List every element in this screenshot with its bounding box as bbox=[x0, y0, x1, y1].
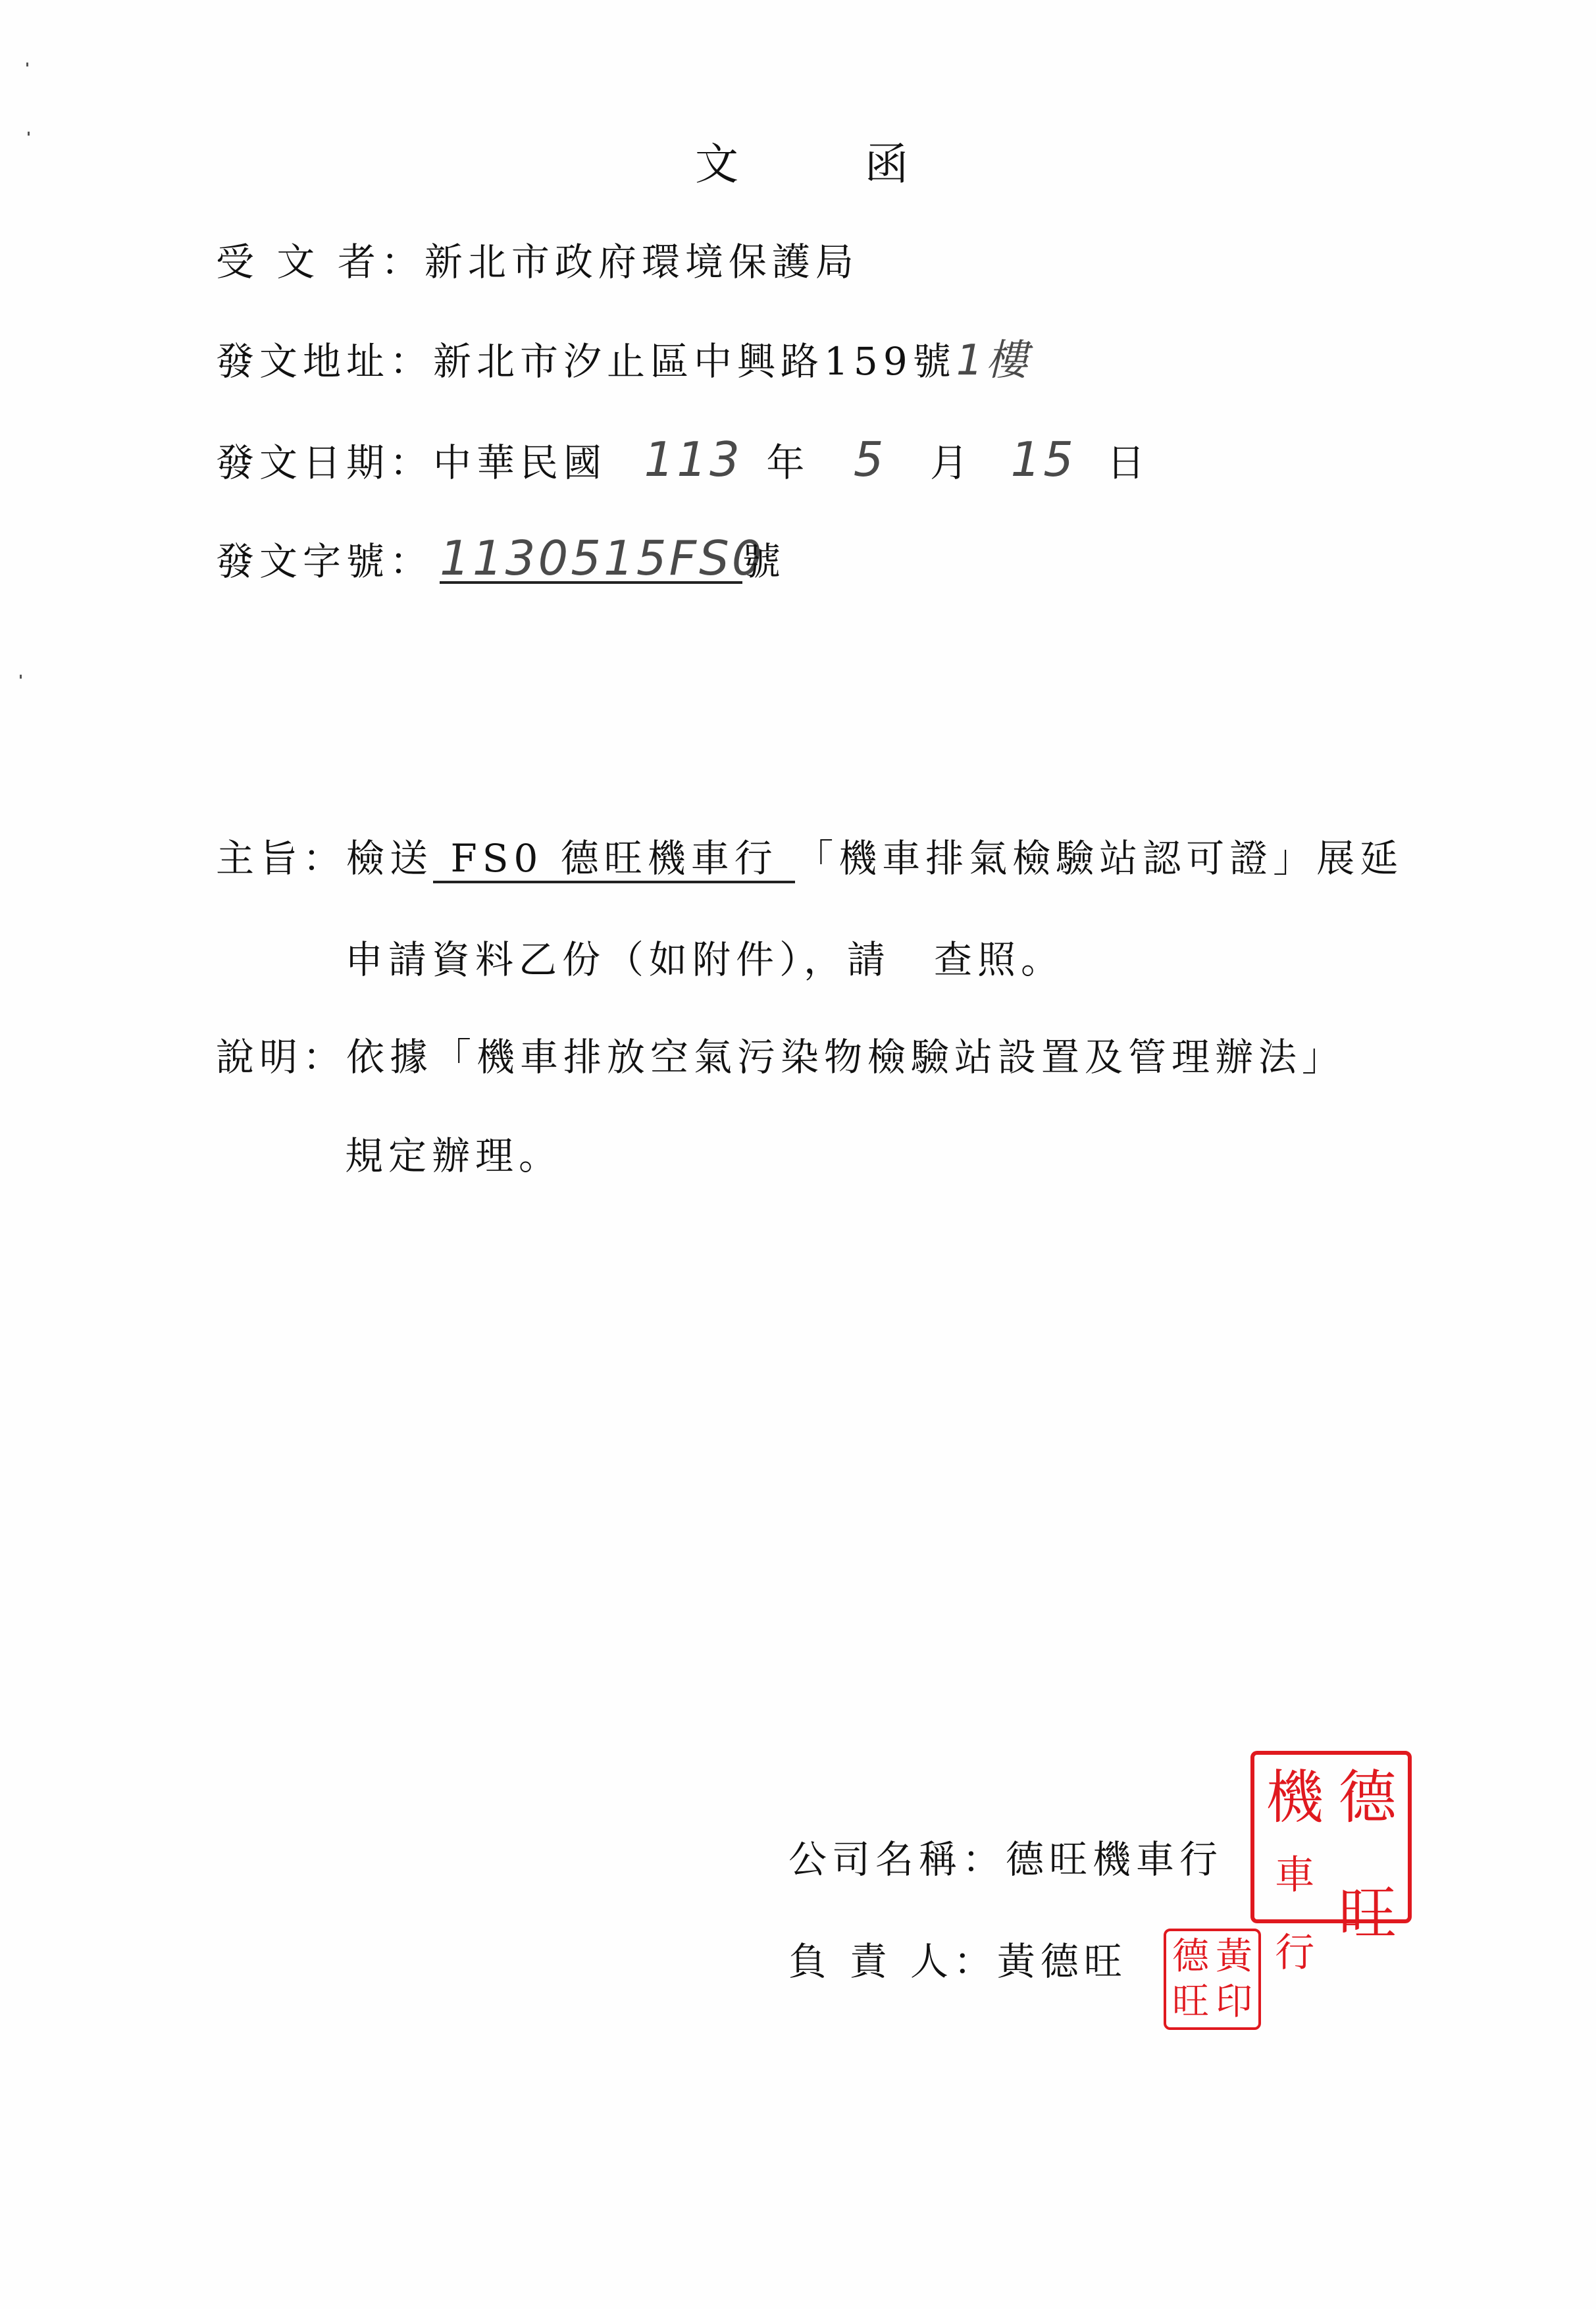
reference-row: 發文字號：1130515FS0號 bbox=[216, 535, 786, 584]
date-month: 5 bbox=[854, 432, 887, 487]
address-value: 新北市汐止區中興路159號 bbox=[433, 339, 956, 384]
date-row: 發文日期：中華民國 113 年 5 月 15 日 bbox=[216, 436, 1150, 486]
recipient-label: 受 文 者： bbox=[216, 240, 425, 284]
subject-line1-rest: 「機車排氣檢驗站認可證」展延 bbox=[795, 836, 1403, 881]
explanation-line-2: 規定辦理。 bbox=[345, 1133, 562, 1179]
company-label: 公司名稱： bbox=[788, 1837, 1006, 1882]
scan-speck bbox=[28, 132, 30, 136]
responsible-value: 黃德旺 bbox=[997, 1939, 1127, 1984]
address-row: 發文地址：新北市汐止區中興路159號1樓 bbox=[216, 338, 1030, 384]
seal-cell: 黃 bbox=[1212, 1934, 1256, 1979]
seal-cell: 印 bbox=[1212, 1979, 1256, 2025]
subject-prefix: 檢送 bbox=[346, 836, 433, 881]
personal-seal-stamp: 黃 印 德 旺 bbox=[1164, 1929, 1261, 2030]
document-title: 文 函 bbox=[695, 138, 908, 191]
recipient-value: 新北市政府環境保護局 bbox=[425, 240, 859, 284]
seal-cell: 旺 bbox=[1169, 1979, 1212, 2025]
date-year-unit: 年 bbox=[766, 440, 810, 485]
explanation-text: 依據「機車排放空氣污染物檢驗站設置及管理辦法」 bbox=[346, 1035, 1345, 1079]
date-label: 發文日期： bbox=[216, 440, 433, 485]
subject-label: 主旨： bbox=[216, 836, 346, 881]
reference-suffix: 號 bbox=[742, 539, 786, 584]
title-char-1: 文 bbox=[695, 138, 738, 191]
subject-line-1: 主旨：檢送 FS0 德旺機車行 「機車排氣檢驗站認可證」展延 bbox=[216, 835, 1403, 881]
recipient-row: 受 文 者：新北市政府環境保護局 bbox=[216, 239, 859, 285]
subject-station-name: FS0 德旺機車行 bbox=[433, 836, 795, 883]
date-day: 15 bbox=[1011, 432, 1077, 487]
address-label: 發文地址： bbox=[216, 339, 433, 384]
seal-cell: 德 bbox=[1331, 1759, 1404, 1836]
seal-cell: 德 bbox=[1169, 1934, 1212, 1979]
seal-cell: 車行 bbox=[1258, 1836, 1331, 1992]
company-value: 德旺機車行 bbox=[1006, 1837, 1223, 1882]
seal-cell: 機 bbox=[1258, 1759, 1331, 1836]
scan-speck bbox=[26, 63, 28, 66]
date-prefix: 中華民國 bbox=[433, 440, 607, 485]
date-month-unit: 月 bbox=[930, 440, 973, 485]
reference-value: 1130515FS0 bbox=[440, 535, 742, 584]
responsible-person-row: 負 責 人：黃德旺 bbox=[788, 1938, 1127, 1985]
responsible-label: 負 責 人： bbox=[788, 1939, 997, 1984]
explanation-line-1: 說明：依據「機車排放空氣污染物檢驗站設置及管理辦法」 bbox=[216, 1034, 1345, 1080]
explanation-label: 說明： bbox=[216, 1035, 346, 1079]
date-year: 113 bbox=[644, 432, 742, 487]
reference-label: 發文字號： bbox=[216, 539, 433, 584]
date-day-unit: 日 bbox=[1107, 440, 1150, 485]
company-name-row: 公司名稱：德旺機車行 bbox=[788, 1836, 1223, 1882]
company-seal-stamp: 德 旺 機 車行 bbox=[1250, 1751, 1412, 1923]
title-char-2: 函 bbox=[865, 138, 908, 191]
subject-line-2: 申請資料乙份（如附件），請 查照。 bbox=[345, 937, 1064, 983]
seal-cell: 旺 bbox=[1331, 1836, 1404, 1992]
address-handwritten-floor: 1樓 bbox=[956, 336, 1031, 385]
scan-speck bbox=[20, 675, 22, 679]
